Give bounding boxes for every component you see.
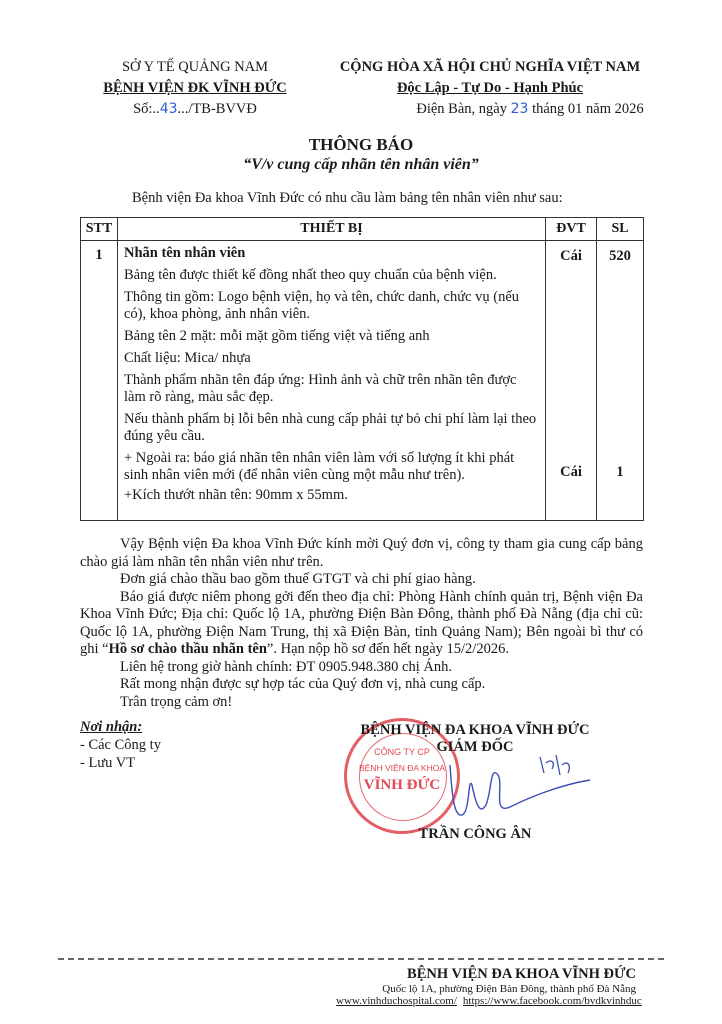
date-suffix: tháng 01 năm 2026 <box>528 101 643 117</box>
table-row: 1 Nhãn tên nhân viên Bảng tên được thiết… <box>81 241 644 521</box>
signer-organization: BỆNH VIỆN ĐA KHOA VĨNH ĐỨC <box>340 722 610 739</box>
document-number: Số:..43.../TB-BVVĐ <box>60 99 330 120</box>
signer-role: GIÁM ĐỐC <box>340 739 610 756</box>
paragraph-emphasis: Hồ sơ chào thầu nhãn tên <box>109 641 267 657</box>
item-detail: Bảng tên 2 mặt: mỗi mặt gồm tiếng việt v… <box>124 328 539 345</box>
item-detail: +Kích thướt nhãn tên: 90mm x 55mm. <box>124 487 539 504</box>
number-handwritten: 43 <box>160 101 178 117</box>
number-suffix: .../TB-BVVĐ <box>178 101 257 117</box>
recipient-item: - Các Công ty <box>80 736 161 754</box>
recipients-label: Nơi nhận: <box>80 718 161 736</box>
item-detail: Nếu thành phẩm bị lỗi bên nhà cung cấp p… <box>124 411 539 445</box>
header-right: CỘNG HÒA XÃ HỘI CHỦ NGHĨA VIỆT NAM Độc L… <box>320 57 660 120</box>
signature-block: BỆNH VIỆN ĐA KHOA VĨNH ĐỨC GIÁM ĐỐC TRẦN… <box>340 722 610 843</box>
header-stt: STT <box>81 218 118 241</box>
row-stt: 1 <box>81 241 118 521</box>
item-detail: Chất liệu: Mica/ nhựa <box>124 350 539 367</box>
facebook-link[interactable]: https://www.facebook.com/bvdkvinhduc <box>463 995 642 1007</box>
signer-name: TRẦN CÔNG ÂN <box>340 826 610 843</box>
footer: BỆNH VIỆN ĐA KHOA VĨNH ĐỨC Quốc lộ 1A, p… <box>330 966 636 1007</box>
item-detail: Thành phẩm nhãn tên đáp ứng: Hình ảnh và… <box>124 372 539 406</box>
recipient-item: - Lưu VT <box>80 754 161 772</box>
body-paragraph: Báo giá được niêm phong gởi đến theo địa… <box>80 589 643 659</box>
issue-date: Điện Bàn, ngày 23 tháng 01 năm 2026 <box>320 99 660 120</box>
national-motto: Độc Lập - Tự Do - Hạnh Phúc <box>320 78 660 99</box>
qty-extra: 1 <box>597 464 643 481</box>
item-detail: Bảng tên được thiết kế đồng nhất theo qu… <box>124 267 539 284</box>
unit-extra: Cái <box>546 464 596 481</box>
website-link[interactable]: www.vinhduchospital.com/ <box>336 995 457 1007</box>
body-paragraph: Liên hệ trong giờ hành chính: ĐT 0905.94… <box>80 659 643 677</box>
item-detail: Thông tin gồm: Logo bệnh viện, họ và tên… <box>124 289 539 323</box>
footer-divider <box>58 958 664 960</box>
item-detail: + Ngoài ra: báo giá nhãn tên nhân viên l… <box>124 450 539 484</box>
hospital-name: BỆNH VIỆN ĐK VĨNH ĐỨC <box>60 78 330 99</box>
table-header-row: STT THIẾT BỊ ĐVT SL <box>81 218 644 241</box>
header-qty: SL <box>597 218 644 241</box>
document-title: THÔNG BÁO <box>0 135 722 155</box>
footer-organization: BỆNH VIỆN ĐA KHOA VĨNH ĐỨC <box>330 966 636 983</box>
row-qty: 520 1 <box>597 241 644 521</box>
department-name: SỞ Y TẾ QUẢNG NAM <box>60 57 330 78</box>
document-subtitle: “V/v cung cấp nhãn tên nhân viên” <box>0 156 722 174</box>
row-description: Nhãn tên nhân viên Bảng tên được thiết k… <box>118 241 546 521</box>
number-prefix: Số:.. <box>133 101 160 117</box>
date-day-handwritten: 23 <box>511 101 529 117</box>
row-unit: Cái Cái <box>546 241 597 521</box>
body-paragraph: Vậy Bệnh viện Đa khoa Vĩnh Đức kính mời … <box>80 536 643 571</box>
nation-title: CỘNG HÒA XÃ HỘI CHỦ NGHĨA VIỆT NAM <box>320 57 660 78</box>
footer-address: Quốc lộ 1A, phường Điện Bàn Đông, thành … <box>330 983 636 995</box>
items-table: STT THIẾT BỊ ĐVT SL 1 Nhãn tên nhân viên… <box>80 217 644 521</box>
body-text: Vậy Bệnh viện Đa khoa Vĩnh Đức kính mời … <box>80 536 643 711</box>
body-paragraph: Đơn giá chào thầu bao gồm thuế GTGT và c… <box>80 571 643 589</box>
header-left: SỞ Y TẾ QUẢNG NAM BỆNH VIỆN ĐK VĨNH ĐỨC … <box>60 57 330 120</box>
date-prefix: Điện Bàn, ngày <box>416 101 510 117</box>
unit-main: Cái <box>547 242 595 265</box>
footer-links: www.vinhduchospital.com/https://www.face… <box>330 995 636 1007</box>
paragraph-part: ”. Hạn nộp hồ sơ đến hết ngày 15/2/2026. <box>267 641 509 657</box>
intro-text: Bệnh viện Đa khoa Vĩnh Đức có nhu cầu là… <box>132 190 563 207</box>
body-paragraph: Rất mong nhận được sự hợp tác của Quý đơ… <box>80 676 643 694</box>
qty-main: 520 <box>598 242 642 265</box>
header-unit: ĐVT <box>546 218 597 241</box>
item-name: Nhãn tên nhân viên <box>124 245 539 262</box>
body-paragraph: Trân trọng cảm ơn! <box>80 694 643 712</box>
header-device: THIẾT BỊ <box>118 218 546 241</box>
recipients: Nơi nhận: - Các Công ty - Lưu VT <box>80 718 161 772</box>
